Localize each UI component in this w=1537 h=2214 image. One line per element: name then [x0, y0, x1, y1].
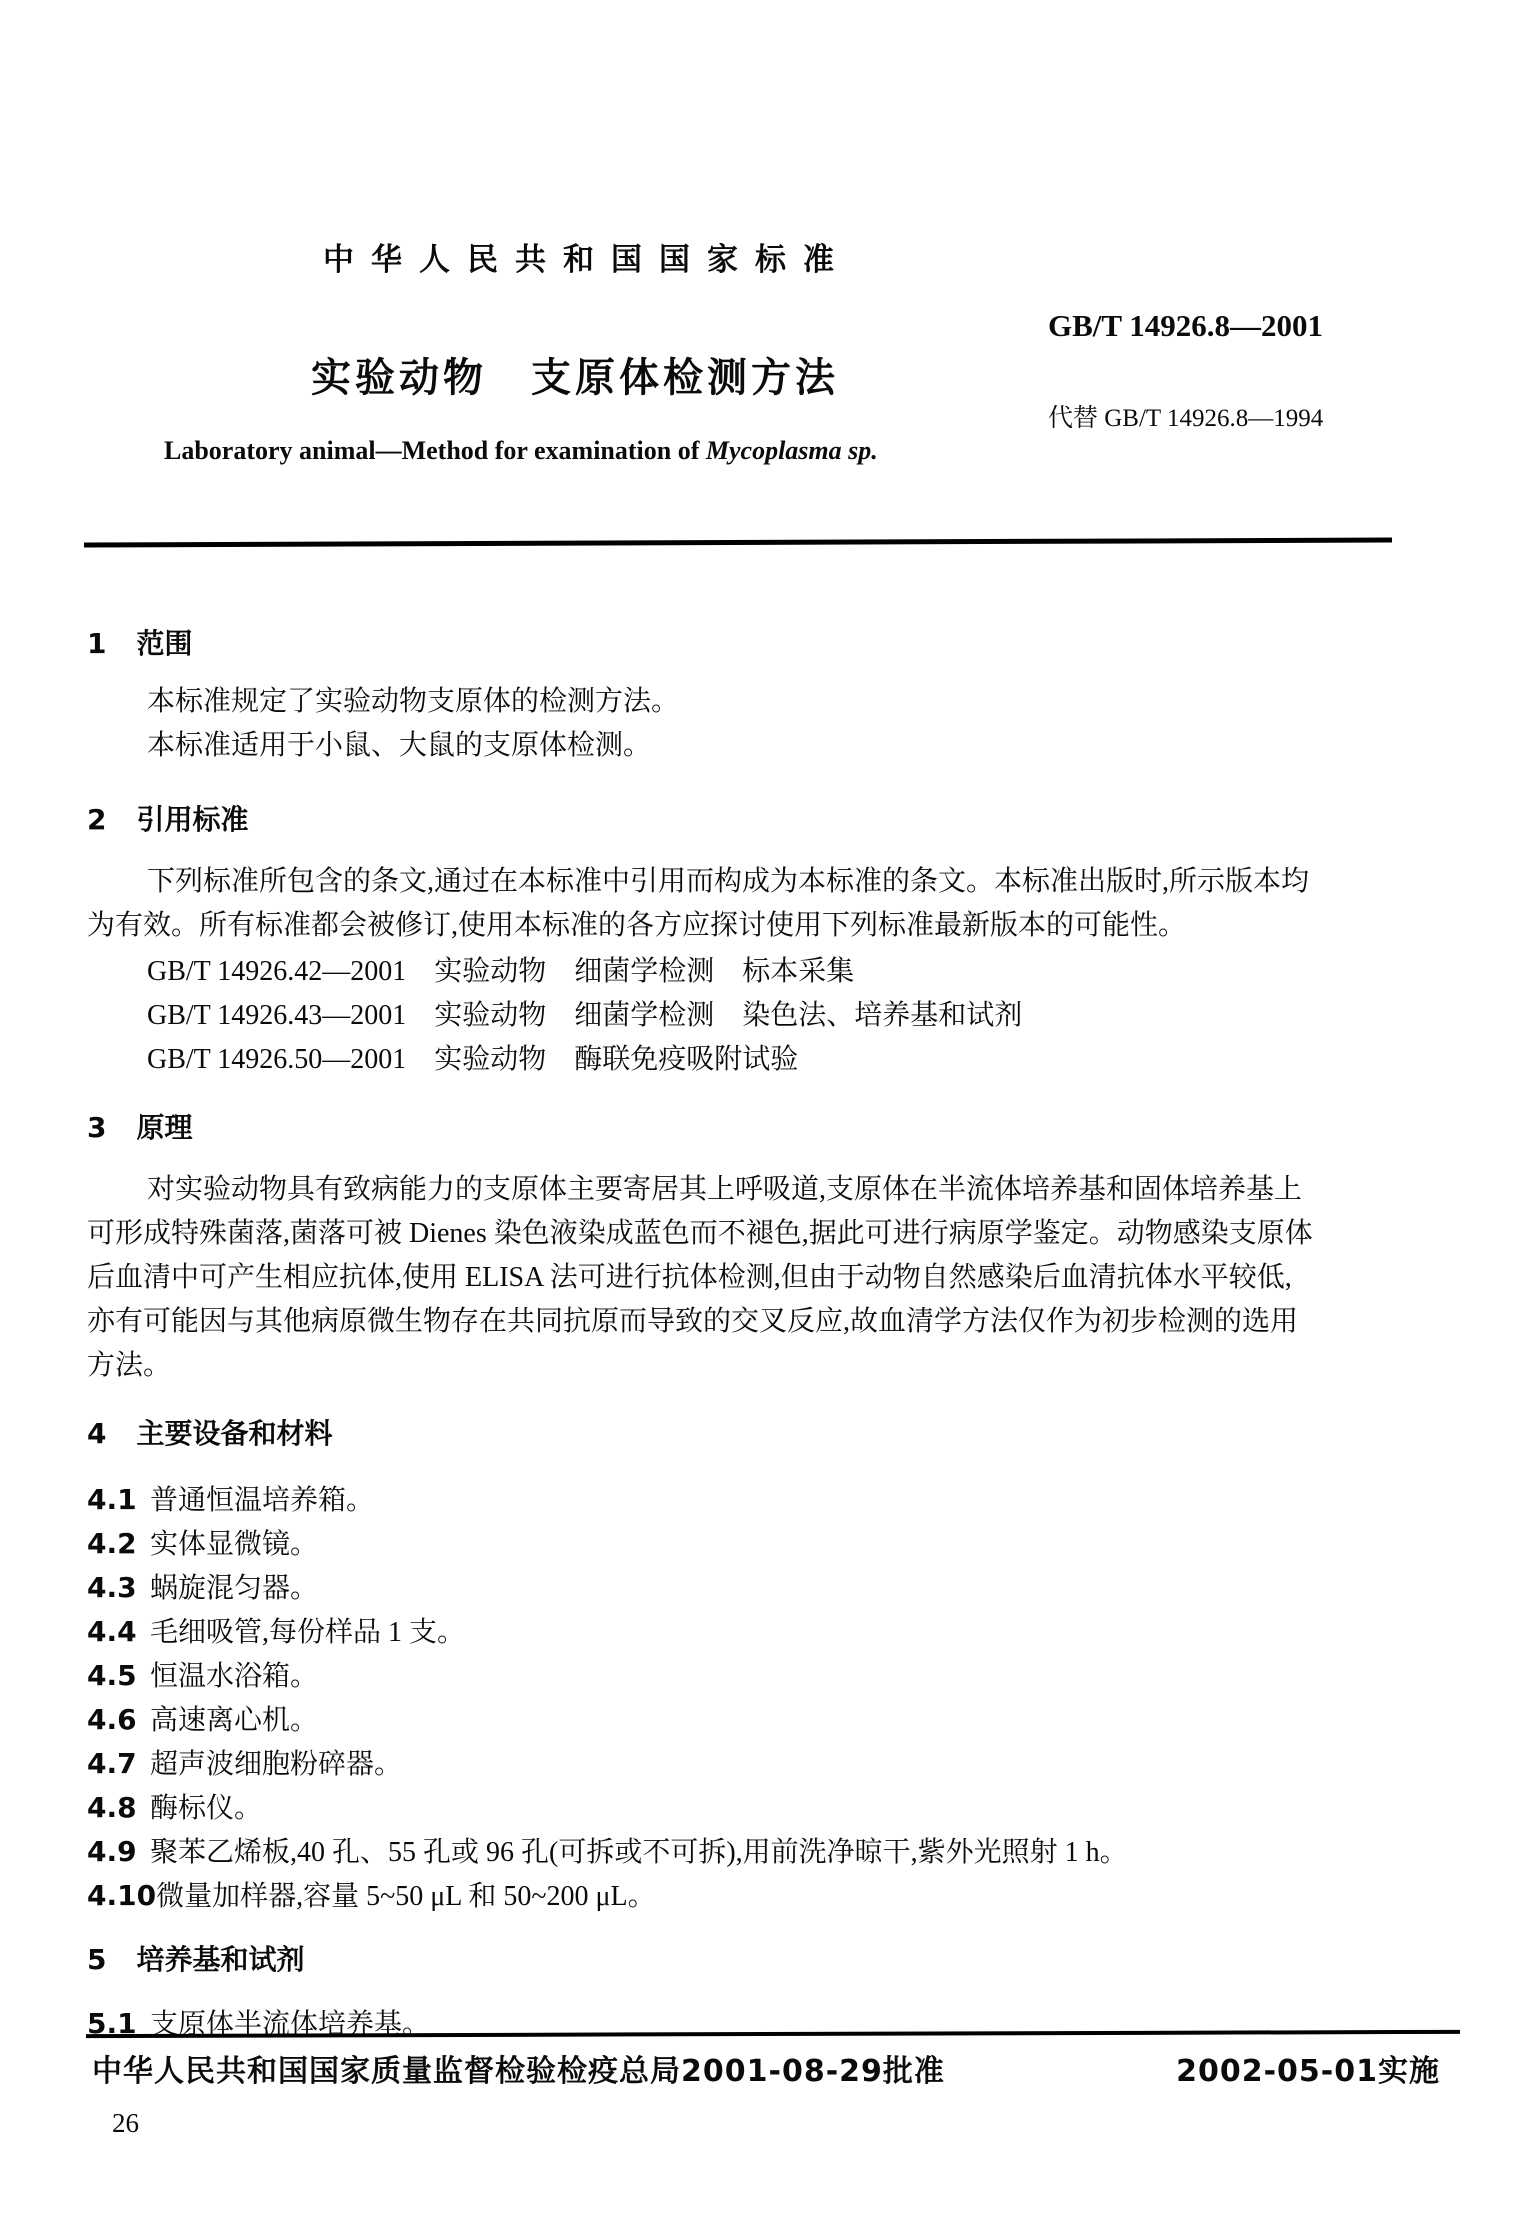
section-2-heading: 2引用标准 [87, 798, 1457, 842]
approval-note: 中华人民共和国国家质量监督检验检疫总局2001-08-29批准 [92, 2046, 945, 2090]
equipment-item-text: 酶标仪。 [150, 1793, 262, 1824]
equipment-item-number: 4.9 [87, 1830, 150, 1874]
equipment-item-text: 毛细吸管,每份样品 1 支。 [150, 1617, 465, 1648]
equipment-item-number: 4.1 [87, 1478, 150, 1522]
principle-line: 方法。 [87, 1344, 1457, 1388]
section-3-heading: 3原理 [87, 1106, 1457, 1150]
standard-number: GB/T 14926.8—2001 [1048, 308, 1323, 344]
equipment-item-text: 恒温水浴箱。 [150, 1661, 318, 1692]
scope-paragraph-1: 本标准规定了实验动物支原体的检测方法。 [87, 680, 1457, 724]
section-1-heading: 1范围 [87, 622, 1457, 666]
equipment-item: 4.3蜗旋混匀器。 [87, 1566, 1457, 1610]
section-1-number: 1 [87, 622, 106, 666]
equipment-item: 4.2实体显微镜。 [87, 1522, 1457, 1566]
section-2-title: 引用标准 [136, 803, 248, 836]
references-intro-line-2: 为有效。所有标准都会被修订,使用本标准的各方应探讨使用下列标准最新版本的可能性。 [87, 904, 1457, 948]
equipment-item-text: 普通恒温培养箱。 [150, 1485, 374, 1516]
equipment-item: 4.6高速离心机。 [87, 1698, 1457, 1742]
reference-item: GB/T 14926.42—2001 实验动物 细菌学检测 标本采集 [87, 950, 1457, 994]
principle-line: 对实验动物具有致病能力的支原体主要寄居其上呼吸道,支原体在半流体培养基和固体培养… [87, 1168, 1457, 1212]
equipment-item: 4.4毛细吸管,每份样品 1 支。 [87, 1610, 1457, 1654]
equipment-item: 4.5恒温水浴箱。 [87, 1654, 1457, 1698]
implementation-note: 2002-05-01实施 [1176, 2046, 1440, 2090]
equipment-item-text: 微量加样器,容量 5~50 μL 和 50~200 μL。 [156, 1881, 656, 1912]
media-item: 5.1支原体半流体培养基。 [87, 2002, 1457, 2046]
footer: 中华人民共和国国家质量监督检验检疫总局2001-08-29批准 2002-05-… [92, 2046, 1440, 2090]
equipment-item: 4.9聚苯乙烯板,40 孔、55 孔或 96 孔(可拆或不可拆),用前洗净晾干,… [87, 1830, 1457, 1874]
reference-item: GB/T 14926.43—2001 实验动物 细菌学检测 染色法、培养基和试剂 [87, 994, 1457, 1038]
doc-title-en-text: Laboratory animal—Method for examination… [164, 436, 706, 465]
equipment-item: 4.10微量加样器,容量 5~50 μL 和 50~200 μL。 [87, 1874, 1457, 1918]
page-number: 26 [112, 2108, 139, 2139]
equipment-item-text: 高速离心机。 [150, 1705, 318, 1736]
equipment-item: 4.7超声波细胞粉碎器。 [87, 1742, 1457, 1786]
equipment-item-number: 4.3 [87, 1566, 150, 1610]
doc-title-en: Laboratory animal—Method for examination… [164, 436, 878, 466]
principle-line: 亦有可能因与其他病原微生物存在共同抗原而导致的交叉反应,故血清学方法仅作为初步检… [87, 1300, 1457, 1344]
section-3-number: 3 [87, 1106, 106, 1150]
replaces-note: 代替 GB/T 14926.8—1994 [1048, 398, 1323, 434]
section-4-title: 主要设备和材料 [136, 1417, 332, 1450]
header-divider [84, 537, 1392, 547]
equipment-item-number: 4.10 [87, 1874, 156, 1918]
equipment-item: 4.8酶标仪。 [87, 1786, 1457, 1830]
equipment-item-text: 聚苯乙烯板,40 孔、55 孔或 96 孔(可拆或不可拆),用前洗净晾干,紫外光… [150, 1837, 1128, 1868]
equipment-item-number: 4.5 [87, 1654, 150, 1698]
principle-line: 可形成特殊菌落,菌落可被 Dienes 染色液染成蓝色而不褪色,据此可进行病原学… [87, 1212, 1457, 1256]
section-1-title: 范围 [136, 627, 192, 660]
section-5-heading: 5培养基和试剂 [87, 1938, 1457, 1982]
section-2-number: 2 [87, 798, 106, 842]
equipment-item-number: 4.2 [87, 1522, 150, 1566]
doc-title-en-species: Mycoplasma sp. [706, 436, 878, 465]
equipment-item-number: 4.6 [87, 1698, 150, 1742]
equipment-item-text: 蜗旋混匀器。 [150, 1573, 318, 1604]
media-item-number: 5.1 [87, 2002, 150, 2046]
equipment-item-text: 超声波细胞粉碎器。 [150, 1749, 402, 1780]
equipment-item-number: 4.8 [87, 1786, 150, 1830]
equipment-item-number: 4.4 [87, 1610, 150, 1654]
section-4-number: 4 [87, 1412, 106, 1456]
national-standard-label: 中华人民共和国国家标准 [323, 234, 851, 279]
equipment-item-text: 实体显微镜。 [150, 1529, 318, 1560]
equipment-item-number: 4.7 [87, 1742, 150, 1786]
equipment-item: 4.1普通恒温培养箱。 [87, 1478, 1457, 1522]
principle-line: 后血清中可产生相应抗体,使用 ELISA 法可进行抗体检测,但由于动物自然感染后… [87, 1256, 1457, 1300]
scope-paragraph-2: 本标准适用于小鼠、大鼠的支原体检测。 [87, 724, 1457, 768]
section-5-number: 5 [87, 1938, 106, 1982]
references-intro-line-1: 下列标准所包含的条文,通过在本标准中引用而构成为本标准的条文。本标准出版时,所示… [87, 860, 1457, 904]
document-page: 中华人民共和国国家标准 GB/T 14926.8—2001 实验动物 支原体检测… [0, 0, 1537, 2214]
reference-item: GB/T 14926.50—2001 实验动物 酶联免疫吸附试验 [87, 1038, 1457, 1082]
section-4-heading: 4主要设备和材料 [87, 1412, 1457, 1456]
doc-title-zh: 实验动物 支原体检测方法 [311, 346, 839, 403]
section-3-title: 原理 [136, 1111, 192, 1144]
section-5-title: 培养基和试剂 [136, 1943, 304, 1976]
document-body: 1范围 本标准规定了实验动物支原体的检测方法。 本标准适用于小鼠、大鼠的支原体检… [87, 600, 1457, 2046]
